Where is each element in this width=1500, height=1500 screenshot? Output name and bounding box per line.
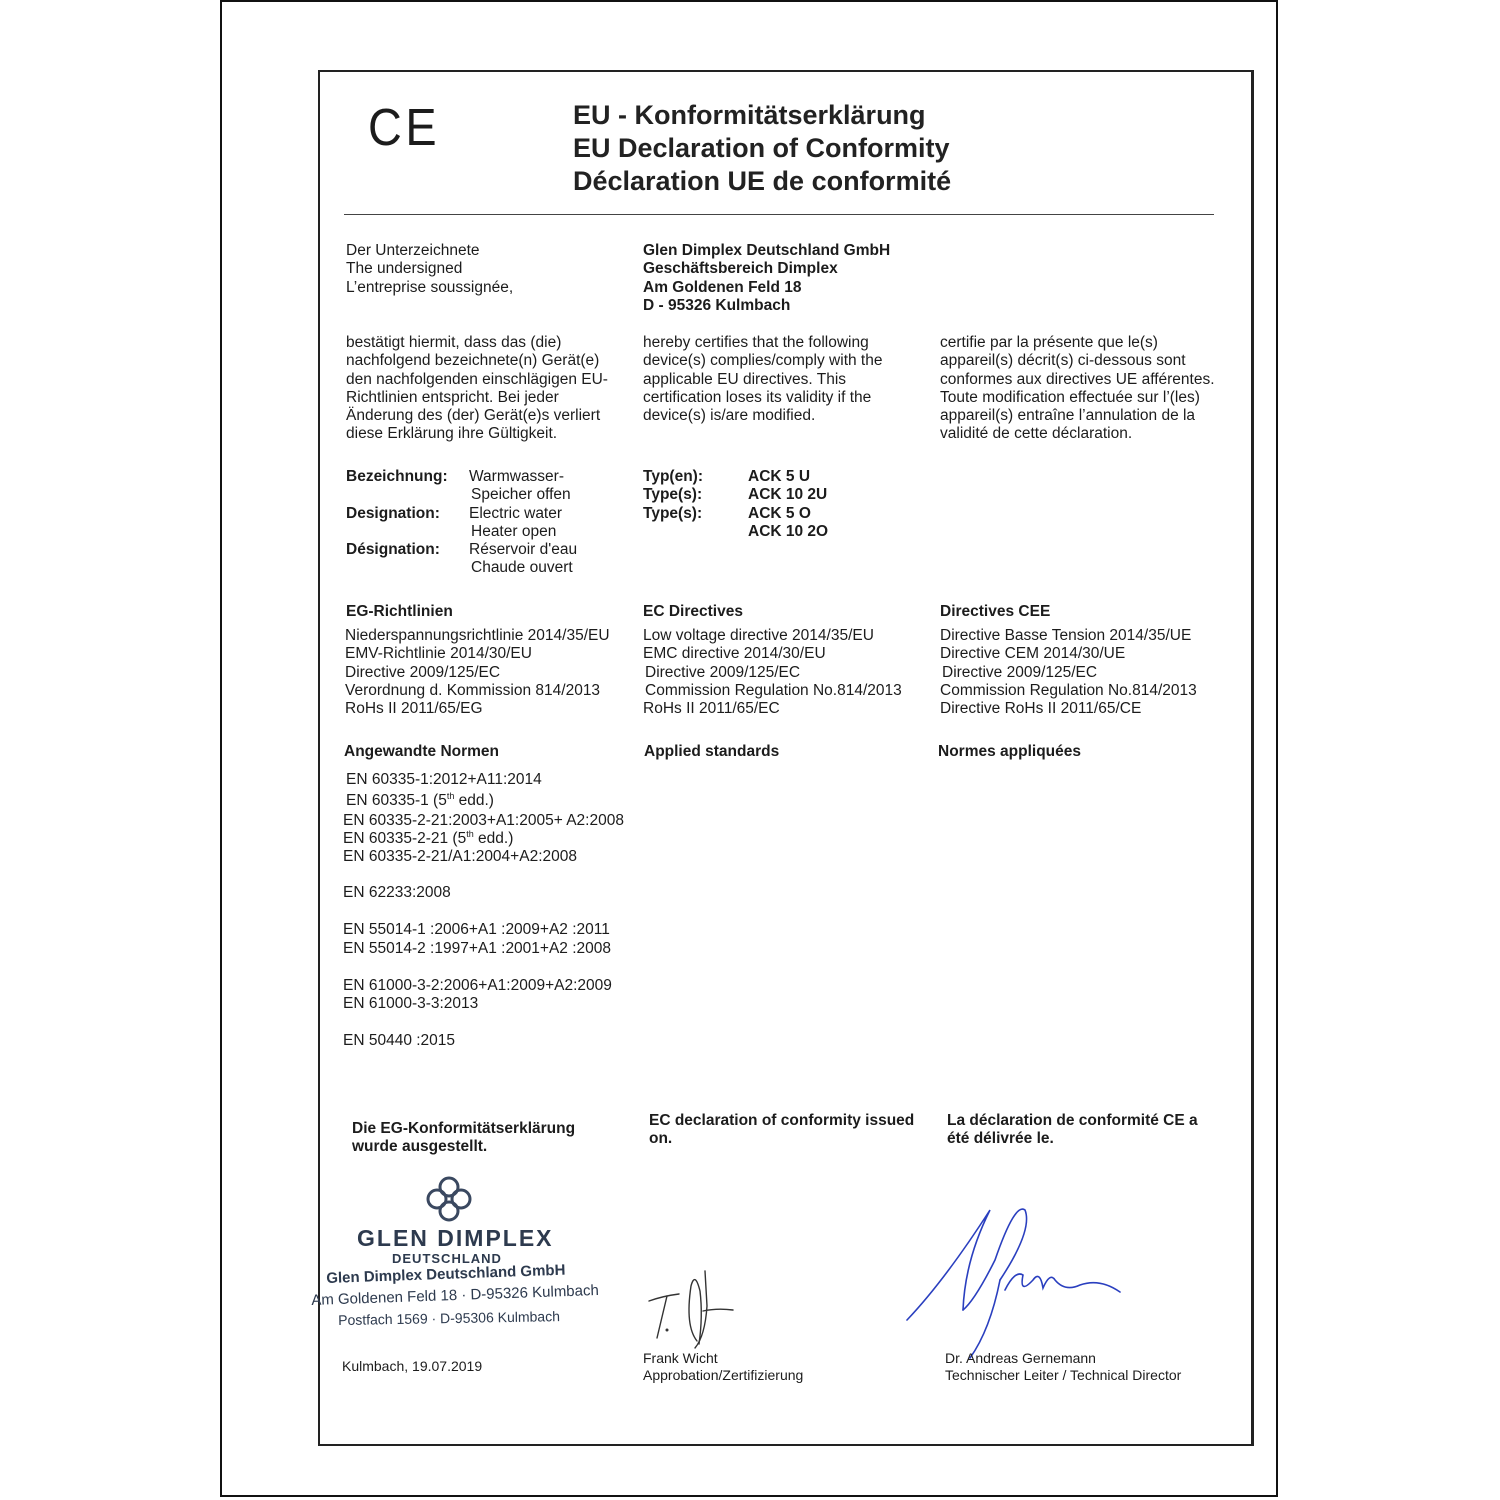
- company-division: Geschäftsbereich Dimplex: [643, 260, 890, 278]
- type-value: ACK 5 O: [748, 505, 828, 523]
- type-labels: Typ(en): Type(s): Type(s):: [643, 468, 703, 523]
- issued-fr: La déclaration de conformité CE a été dé…: [947, 1112, 1198, 1149]
- directive-item: Directive 2009/125/EC: [940, 664, 1197, 682]
- directive-item: Directive 2009/125/EC: [345, 664, 610, 682]
- cert-en-line: applicable EU directives. This: [643, 371, 882, 389]
- type-label: Type(s):: [643, 505, 703, 523]
- standard-item: EN 62233:2008: [343, 884, 451, 902]
- directive-item: Commission Regulation No.814/2013: [940, 682, 1197, 700]
- designation-value: Réservoir d'eau: [469, 541, 577, 559]
- type-value: ACK 10 2U: [748, 486, 828, 504]
- standards-heading-en: Applied standards: [644, 743, 779, 761]
- title-fr: Déclaration UE de conformité: [573, 166, 951, 197]
- certification-en: hereby certifies that the following devi…: [643, 334, 882, 425]
- designation-value: Chaude ouvert: [469, 559, 577, 577]
- issued-line: wurde ausgestellt.: [352, 1138, 575, 1156]
- certification-fr: certifie par la présente que le(s) appar…: [940, 334, 1215, 444]
- undersigned-label-de: Der Unterzeichnete: [346, 242, 513, 260]
- standard-item: EN 60335-2-21/A1:2004+A2:2008: [343, 848, 577, 866]
- designation-value: Speicher offen: [469, 486, 577, 504]
- cert-de-line: nachfolgend bezeichnete(n) Gerät(e): [346, 352, 608, 370]
- place-date: Kulmbach, 19.07.2019: [342, 1358, 482, 1374]
- directive-item: Verordnung d. Kommission 814/2013: [345, 682, 610, 700]
- standards-heading-fr: Normes appliquées: [938, 743, 1081, 761]
- directive-item: Commission Regulation No.814/2013: [643, 682, 902, 700]
- directive-item: Directive RoHs II 2011/65/CE: [940, 700, 1197, 718]
- directive-item: Directive Basse Tension 2014/35/UE: [940, 627, 1197, 645]
- certification-de: bestätigt hiermit, dass das (die) nachfo…: [346, 334, 608, 444]
- issued-de: Die EG-Konformitätserklärung wurde ausge…: [352, 1120, 575, 1157]
- title-en: EU Declaration of Conformity: [573, 133, 950, 164]
- standard-item: EN 50440 :2015: [343, 1032, 455, 1050]
- signatory-1-name: Frank Wicht: [643, 1350, 803, 1367]
- undersigned-label-fr: L’entreprise soussignée,: [346, 279, 513, 297]
- issued-line: Die EG-Konformitätserklärung: [352, 1120, 575, 1138]
- type-value: ACK 5 U: [748, 468, 828, 486]
- issued-en: EC declaration of conformity issued on.: [649, 1112, 914, 1149]
- directives-heading-fr: Directives CEE: [940, 603, 1050, 621]
- designation-label-fr: Désignation:: [346, 541, 440, 559]
- header-divider: [344, 214, 1214, 215]
- directives-list-en: Low voltage directive 2014/35/EU EMC dir…: [643, 627, 902, 718]
- cert-de-line: den nachfolgenden einschlägigen EU-: [346, 371, 608, 389]
- directive-item: RoHs II 2011/65/EG: [345, 700, 610, 718]
- issued-line: été délivrée le.: [947, 1130, 1198, 1148]
- celtic-knot-logo-icon: [424, 1176, 474, 1222]
- cert-de-line: Änderung des (der) Gerät(e)s verliert: [346, 407, 608, 425]
- cert-fr-line: appareil(s) entraîne l’annulation de la: [940, 407, 1215, 425]
- designation-value: Heater open: [469, 523, 577, 541]
- cert-fr-line: validité de cette déclaration.: [940, 425, 1215, 443]
- undersigned-labels: Der Unterzeichnete The undersigned L’ent…: [346, 242, 513, 297]
- signature-andreas-gernemann-icon: [905, 1200, 1125, 1360]
- type-label: Type(s):: [643, 486, 703, 504]
- designation-label-de: Bezeichnung:: [346, 468, 448, 486]
- title-de: EU - Konformitätserklärung: [573, 100, 926, 131]
- cert-fr-line: certifie par la présente que le(s): [940, 334, 1215, 352]
- standard-item: EN 60335-2-21:2003+A1:2005+ A2:2008: [343, 812, 624, 830]
- standard-item: EN 60335-1 (5th edd.): [346, 792, 494, 810]
- signatory-2: Dr. Andreas Gernemann Technischer Leiter…: [945, 1350, 1181, 1384]
- directives-heading-de: EG-Richtlinien: [346, 603, 453, 621]
- cert-fr-line: conformes aux directives UE afférentes.: [940, 371, 1215, 389]
- issued-line: La déclaration de conformité CE a: [947, 1112, 1198, 1130]
- directive-item: Directive 2009/125/EC: [643, 664, 902, 682]
- company-city: D - 95326 Kulmbach: [643, 297, 890, 315]
- issued-line: on.: [649, 1130, 914, 1148]
- cert-fr-line: Toute modification effectuée sur l’(les): [940, 389, 1215, 407]
- signatory-1-role: Approbation/Zertifizierung: [643, 1367, 803, 1384]
- cert-fr-line: appareil(s) décrit(s) ci-dessous sont: [940, 352, 1215, 370]
- type-value: ACK 10 2O: [748, 523, 828, 541]
- signatory-2-role: Technischer Leiter / Technical Director: [945, 1367, 1181, 1384]
- directive-item: Low voltage directive 2014/35/EU: [643, 627, 902, 645]
- cert-de-line: diese Erklärung ihre Gültigkeit.: [346, 425, 608, 443]
- type-values: ACK 5 U ACK 10 2U ACK 5 O ACK 10 2O: [748, 468, 828, 541]
- standard-item: EN 55014-2 :1997+A1 :2001+A2 :2008: [343, 940, 611, 958]
- designation-label-en: Designation:: [346, 505, 440, 523]
- directives-list-de: Niederspannungsrichtlinie 2014/35/EU EMV…: [345, 627, 610, 718]
- standard-text: edd.): [474, 830, 514, 847]
- directive-item: Directive CEM 2014/30/UE: [940, 645, 1197, 663]
- cert-en-line: device(s) is/are modified.: [643, 407, 882, 425]
- undersigned-label-en: The undersigned: [346, 260, 513, 278]
- cert-de-line: Richtlinien entspricht. Bei jeder: [346, 389, 608, 407]
- issued-line: EC declaration of conformity issued: [649, 1112, 914, 1130]
- company-address: Glen Dimplex Deutschland GmbH Geschäftsb…: [643, 242, 890, 315]
- cert-en-line: device(s) complies/comply with the: [643, 352, 882, 370]
- designation-value: Electric water: [469, 505, 577, 523]
- standard-text: EN 60335-1 (5: [346, 792, 447, 809]
- directive-item: Niederspannungsrichtlinie 2014/35/EU: [345, 627, 610, 645]
- directive-item: RoHs II 2011/65/EC: [643, 700, 902, 718]
- signatory-2-name: Dr. Andreas Gernemann: [945, 1350, 1181, 1367]
- cert-en-line: certification loses its validity if the: [643, 389, 882, 407]
- company-street: Am Goldenen Feld 18: [643, 279, 890, 297]
- standards-heading-de: Angewandte Normen: [344, 743, 499, 761]
- signatory-1: Frank Wicht Approbation/Zertifizierung: [643, 1350, 803, 1384]
- standard-item: EN 60335-2-21 (5th edd.): [343, 830, 513, 848]
- ce-mark: CE: [368, 98, 440, 158]
- cert-en-line: hereby certifies that the following: [643, 334, 882, 352]
- standard-item: EN 61000-3-2:2006+A1:2009+A2:2009: [343, 977, 612, 995]
- standard-item: EN 60335-1:2012+A11:2014: [346, 771, 542, 789]
- standard-item: EN 61000-3-3:2013: [343, 995, 478, 1013]
- standard-text: EN 60335-2-21 (5: [343, 830, 466, 847]
- company-name: Glen Dimplex Deutschland GmbH: [643, 242, 890, 260]
- directives-heading-en: EC Directives: [643, 603, 743, 621]
- stamp-brand: GLEN DIMPLEX: [357, 1225, 554, 1252]
- cert-de-line: bestätigt hiermit, dass das (die): [346, 334, 608, 352]
- designation-value: Warmwasser-: [469, 468, 577, 486]
- type-label: Typ(en):: [643, 468, 703, 486]
- directive-item: EMV-Richtlinie 2014/30/EU: [345, 645, 610, 663]
- directives-list-fr: Directive Basse Tension 2014/35/UE Direc…: [940, 627, 1197, 718]
- standard-text: edd.): [454, 792, 494, 809]
- directive-item: EMC directive 2014/30/EU: [643, 645, 902, 663]
- designation-values: Warmwasser- Speicher offen Electric wate…: [469, 468, 577, 578]
- standard-item: EN 55014-1 :2006+A1 :2009+A2 :2011: [343, 921, 610, 939]
- standard-superscript: th: [466, 829, 474, 839]
